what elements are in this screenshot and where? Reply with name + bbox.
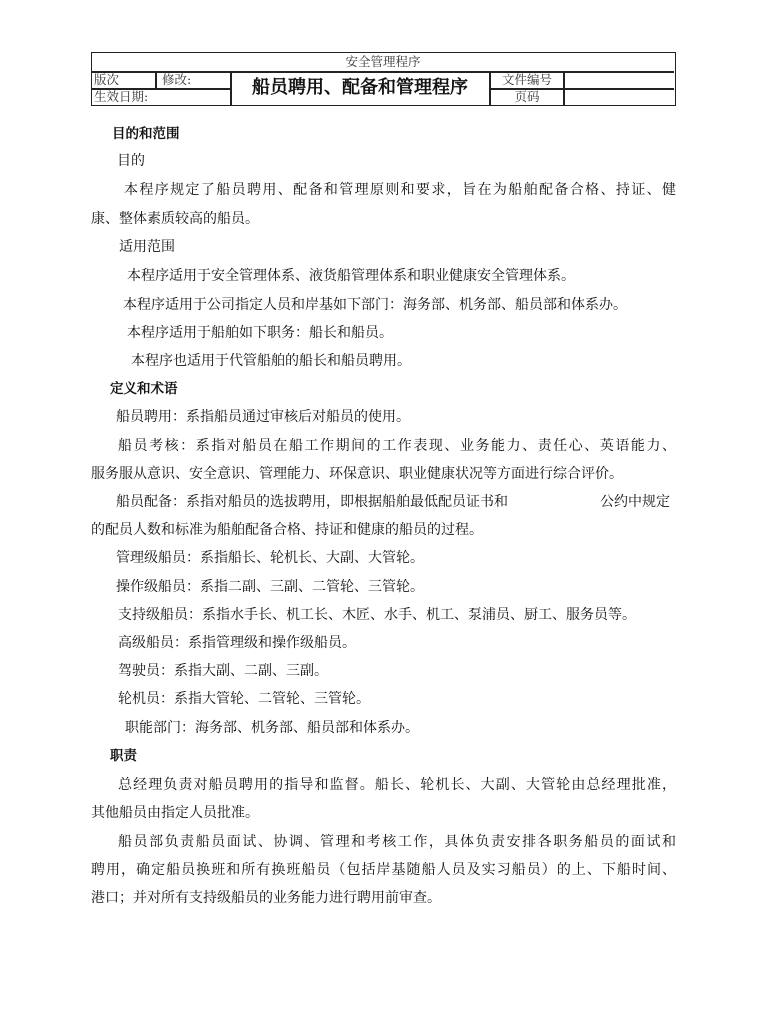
effective-date-label: 生效日期: xyxy=(94,89,229,105)
purpose-paragraph-line: 本程序规定了船员聘用、配备和管理原则和要求，旨在为船舶配备合格、持证、健 xyxy=(124,181,676,199)
definition-item-continuation: 的配员人数和标准为船舶配备合格、持证和健康的船员的过程。 xyxy=(91,521,483,539)
purpose-paragraph-line: 康、整体素质较高的船员。 xyxy=(91,210,259,228)
subheading-scope: 适用范围 xyxy=(119,238,175,256)
file-number-label: 文件编号 xyxy=(491,72,563,88)
scope-item: 本程序适用于公司指定人员和岸基如下部门：海务部、机务部、船员部和体系办。 xyxy=(123,296,627,314)
section-heading-purpose-scope: 目的和范围 xyxy=(112,125,180,143)
document-title: 船员聘用、配备和管理程序 xyxy=(231,72,489,104)
subheading-purpose: 目的 xyxy=(117,152,145,170)
version-label: 版次 xyxy=(94,72,154,88)
definition-item: 管理级船员：系指船长、轮机长、大副、大管轮。 xyxy=(116,549,424,567)
responsibility-paragraph-line: 港口；并对所有支持级船员的业务能力进行聘用前审查。 xyxy=(91,889,441,907)
revision-label: 修改: xyxy=(162,72,228,88)
definition-item: 驾驶员：系指大副、二副、三副。 xyxy=(118,662,328,680)
responsibility-paragraph-line: 船员部负责船员面试、协调、管理和考核工作，具体负责安排各职务船员的面试和 xyxy=(118,833,676,851)
divider xyxy=(155,71,157,88)
definition-item: 操作级船员：系指二副、三副、二管轮、三管轮。 xyxy=(116,578,424,596)
definition-item: 船员聘用：系指船员通过审核后对船员的使用。 xyxy=(116,408,410,426)
definition-item: 职能部门：海务部、机务部、船员部和体系办。 xyxy=(125,719,419,737)
responsibility-paragraph-line: 聘用，确定船员换班和所有换班船员（包括岸基随船人员及实习船员）的上、下船时间、 xyxy=(91,861,676,879)
divider xyxy=(563,71,565,105)
definition-item: 高级船员：系指管理级和操作级船员。 xyxy=(118,634,356,652)
scope-item: 本程序适用于船舶如下职务：船长和船员。 xyxy=(127,324,393,342)
definition-item: 支持级船员：系指水手长、机工长、木匠、水手、机工、泵浦员、厨工、服务员等。 xyxy=(118,606,636,624)
header-top-title: 安全管理程序 xyxy=(92,54,674,70)
section-heading-responsibilities: 职责 xyxy=(110,747,137,765)
document-header-table: 安全管理程序 版次 修改: 生效日期: 船员聘用、配备和管理程序 文件编号 页码 xyxy=(91,52,676,106)
definition-item: 船员考核：系指对船员在船工作期间的工作表现、业务能力、责任心、英语能力、 xyxy=(118,437,676,455)
scope-item: 本程序适用于安全管理体系、液货船管理体系和职业健康安全管理体系。 xyxy=(127,267,575,285)
scope-item: 本程序也适用于代管船舶的船长和船员聘用。 xyxy=(131,352,411,370)
section-heading-definitions: 定义和术语 xyxy=(110,380,178,398)
definition-item-continuation: 服务服从意识、安全意识、管理能力、环保意识、职业健康状况等方面进行综合评价。 xyxy=(91,465,623,483)
responsibility-paragraph-line: 总经理负责对船员聘用的指导和监督。船长、轮机长、大副、大管轮由总经理批准， xyxy=(118,776,676,794)
definition-item: 公约中规定 xyxy=(600,493,670,511)
page-label: 页码 xyxy=(491,89,563,105)
responsibility-paragraph-line: 其他船员由指定人员批准。 xyxy=(91,804,259,822)
definition-item: 轮机员：系指大管轮、二管轮、三管轮。 xyxy=(118,690,370,708)
definition-item: 船员配备：系指对船员的选拔聘用，即根据船舶最低配员证书和 xyxy=(116,493,508,511)
